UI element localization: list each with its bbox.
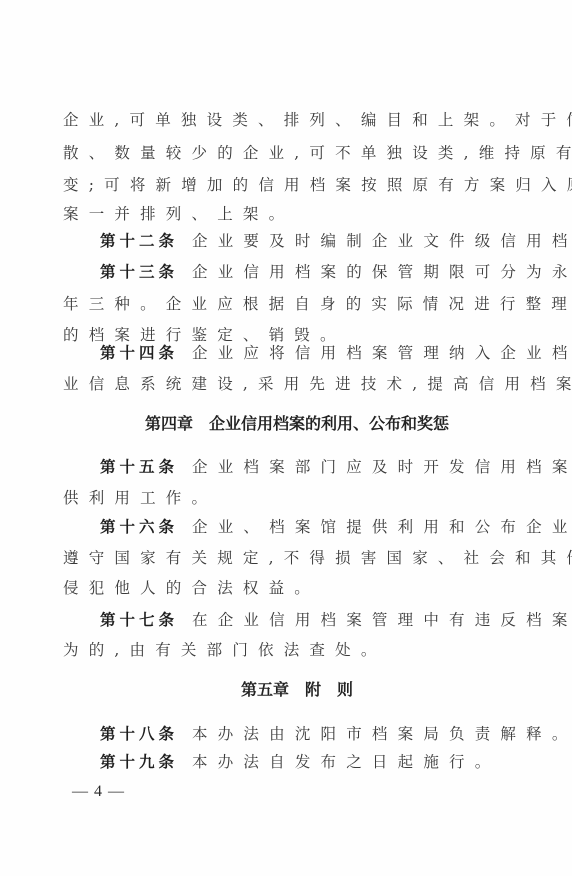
continuation-line-4: 案一并排列、上架。 <box>63 203 529 225</box>
article-label: 第十二条 <box>100 232 178 250</box>
article-text: 本办法由沈阳市档案局负责解释。 <box>192 725 572 743</box>
article-text: 在企业信用档案管理中有违反档案法律、法规行 <box>192 611 572 629</box>
continuation-line-1: 企业,可单独设类、排列、编目和上架。对于信用档案内容较为分 <box>63 109 529 131</box>
article-label: 第十七条 <box>100 611 178 629</box>
article-label: 第十三条 <box>100 263 178 281</box>
article-text: 本办法自发布之日起施行。 <box>192 753 500 771</box>
page-number: — 4 — <box>72 781 125 803</box>
article-text: 企业信用档案的保管期限可分为永久、30年、10 <box>192 263 572 281</box>
article-12: 第十二条企业要及时编制企业文件级信用档案目录。 <box>100 230 530 252</box>
article-19: 第十九条本办法自发布之日起施行。 <box>100 751 530 773</box>
article-text: 企业应将信用档案管理纳入企业档案信息化和企 <box>192 344 572 362</box>
article-label: 第十四条 <box>100 344 178 362</box>
article-14-line-2: 业信息系统建设,采用先进技术,提高信用档案管理水平。 <box>63 373 529 395</box>
article-text: 企业、档案馆提供利用和公布企业信用档案,应当 <box>192 518 572 536</box>
article-text: 企业要及时编制企业文件级信用档案目录。 <box>192 232 572 250</box>
article-label: 第十九条 <box>100 753 178 771</box>
continuation-line-2: 散、数量较少的企业,可不单独设类,维持原有档案的排列方式不 <box>63 142 529 164</box>
chapter-heading-4: 第四章 企业信用档案的利用、公布和奖惩 <box>0 413 572 435</box>
article-18: 第十八条本办法由沈阳市档案局负责解释。 <box>100 723 530 745</box>
article-16: 第十六条企业、档案馆提供利用和公布企业信用档案,应当 <box>100 516 530 538</box>
article-16-line-2: 遵守国家有关规定,不得损害国家、社会和其他组织的利益,不得 <box>63 547 529 569</box>
chapter-heading-5: 第五章 附 则 <box>0 679 572 701</box>
article-13: 第十三条企业信用档案的保管期限可分为永久、30年、10 <box>100 261 530 283</box>
article-15-line-2: 供利用工作。 <box>63 487 529 509</box>
article-text: 企业档案部门应及时开发信用档案资源,做好提 <box>192 458 572 476</box>
article-14: 第十四条企业应将信用档案管理纳入企业档案信息化和企 <box>100 342 530 364</box>
article-17: 第十七条在企业信用档案管理中有违反档案法律、法规行 <box>100 609 530 631</box>
document-page: 企业,可单独设类、排列、编目和上架。对于信用档案内容较为分 散、数量较少的企业,… <box>0 0 572 876</box>
continuation-line-3: 变;可将新增加的信用档案按照原有方案归入原有门类、与原有档 <box>63 174 529 196</box>
article-label: 第十五条 <box>100 458 178 476</box>
article-13-line-2: 年三种。企业应根据自身的实际情况进行整理,对已到保管期限 <box>63 293 529 315</box>
article-label: 第十八条 <box>100 725 178 743</box>
article-label: 第十六条 <box>100 518 178 536</box>
article-16-line-3: 侵犯他人的合法权益。 <box>63 577 529 599</box>
article-17-line-2: 为的,由有关部门依法查处。 <box>63 639 529 661</box>
article-15: 第十五条企业档案部门应及时开发信用档案资源,做好提 <box>100 456 530 478</box>
